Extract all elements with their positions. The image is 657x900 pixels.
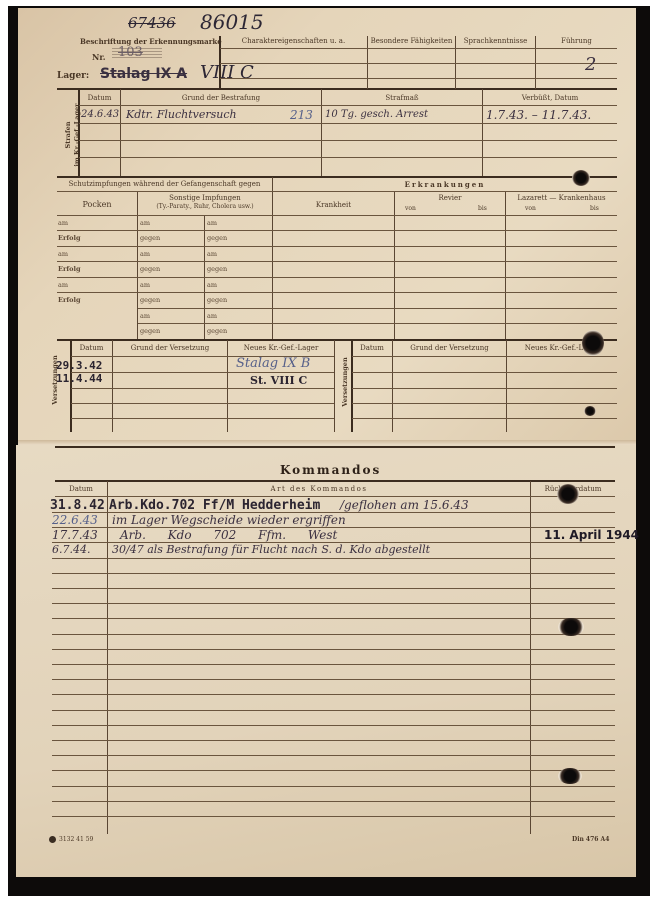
vacc-other-cell: gegen	[140, 327, 160, 335]
conduct-value: 2	[585, 54, 596, 75]
grid-line	[220, 78, 617, 79]
grid-line	[52, 588, 615, 589]
grid-line	[352, 388, 617, 389]
grid-line	[79, 140, 617, 141]
lager-value-handwritten: VIII C	[200, 62, 254, 83]
punish-row-date: 24.6.43	[81, 109, 119, 120]
grid-line	[52, 664, 615, 665]
grid-line	[79, 105, 617, 106]
grid-line	[71, 388, 334, 389]
transfer-col-camp: Neues Kr.-Gef.-Lager	[228, 344, 334, 352]
vacc-other-cell: am	[140, 219, 150, 227]
pocken-cell: Erfolg	[58, 265, 81, 273]
section-rule	[55, 480, 615, 482]
vacc-other-cell: am	[140, 250, 150, 258]
illnesses-title: Erkrankungen	[273, 180, 617, 189]
col-divider	[530, 481, 531, 834]
bullet-hole	[582, 330, 604, 356]
col-divider	[482, 89, 483, 177]
grid-line	[273, 292, 617, 293]
section-rule	[55, 446, 615, 448]
grid-line	[52, 603, 615, 604]
col-header-abilities: Besondere Fähigkeiten	[368, 37, 455, 45]
vacc-other-cell: gegen	[207, 327, 227, 335]
print-mark-icon	[49, 836, 56, 843]
transfer-row-date: 29.3.42	[56, 359, 102, 372]
grid-line	[57, 230, 273, 231]
punish-col-served: Verbüßt, Datum	[483, 94, 617, 102]
kdo-row-date: 17.7.43	[52, 528, 98, 542]
grid-line	[52, 694, 615, 695]
transfer-col-reason-2: Grund der Versetzung	[393, 344, 506, 352]
punish-col-date: Datum	[79, 94, 120, 102]
pocken-cell: am	[58, 219, 68, 227]
pocken-cell: am	[58, 281, 68, 289]
grid-line	[273, 215, 617, 216]
grid-line	[71, 418, 334, 419]
grid-line	[352, 418, 617, 419]
grid-line	[79, 123, 617, 124]
handwritten-number: 86015	[200, 10, 264, 34]
bullet-hole	[558, 768, 582, 784]
punish-col-penalty: Strafmaß	[322, 94, 482, 102]
grid-line	[79, 157, 617, 158]
vacc-other-cell: am	[140, 312, 150, 320]
grid-line	[52, 558, 615, 559]
transfer-col-date: Datum	[71, 344, 112, 352]
transfer-row-date: 11.4.44	[56, 372, 102, 385]
kdo-row-date: 22.6.43	[52, 513, 98, 527]
grid-line	[57, 191, 617, 192]
grid-line	[52, 801, 615, 802]
pocken-cell: Erfolg	[58, 296, 81, 304]
transfer-row-camp: Stalag IX B	[236, 356, 310, 371]
grid-line	[52, 740, 615, 741]
vacc-other-cell: gegen	[140, 265, 160, 273]
vacc-other-cell: am	[207, 250, 217, 258]
grid-line	[52, 786, 615, 787]
transfers-side-label-right: Versetzungen	[341, 357, 349, 407]
grid-line	[273, 308, 617, 309]
grid-line	[220, 48, 617, 49]
bullet-hole	[558, 618, 584, 636]
punish-col-reason: Grund der Bestrafung	[121, 94, 321, 102]
grid-line	[57, 246, 273, 247]
vacc-col-other-2: (Ty.-Paraty., Ruhr, Cholera usw.)	[138, 203, 272, 210]
ill-lazarett-von: von	[525, 205, 536, 212]
vacc-other-cell: gegen	[207, 234, 227, 242]
bullet-hole	[584, 406, 596, 416]
grid-line	[52, 770, 615, 771]
kdo-row-text: 30/47 als Bestrafung für Flucht nach S. …	[112, 543, 430, 556]
grid-line	[57, 292, 273, 293]
grid-line	[55, 496, 615, 497]
vacc-col-other-1: Sonstige Impfungen	[138, 194, 272, 202]
kdo-row-text: Arb.Kdo.702 Ff/M Hedderheim	[109, 498, 320, 513]
vacc-other-cell: am	[207, 312, 217, 320]
vaccinations-title: Schutzimpfungen während der Gefangenscha…	[57, 180, 272, 188]
vacc-other-cell: am	[140, 281, 150, 289]
grid-line	[57, 261, 273, 262]
punish-row-penalty: 10 Tg. gesch. Arrest	[325, 109, 428, 120]
section-rule	[57, 176, 617, 178]
lager-value-crossed: Stalag IX A	[100, 66, 187, 82]
vacc-col-pocken: Pocken	[57, 200, 137, 209]
kdo-row-text: im Lager Wegscheide wieder ergriffen	[112, 513, 346, 527]
grid-line	[71, 403, 334, 404]
grid-line	[138, 323, 273, 324]
transfer-col-date-2: Datum	[352, 344, 392, 352]
punish-row-ref: 213	[290, 108, 313, 122]
grid-line	[52, 634, 615, 635]
col-header-character: Charaktereigenschaften u. a.	[220, 37, 367, 45]
grid-line	[52, 710, 615, 711]
pocken-cell: am	[58, 250, 68, 258]
grid-line	[273, 261, 617, 262]
col-divider	[107, 481, 108, 834]
bullet-hole	[572, 170, 590, 186]
grid-line	[71, 372, 334, 373]
pocken-cell: Erfolg	[58, 234, 81, 242]
punish-row-served: 1.7.43. – 11.7.43.	[486, 108, 591, 122]
col-divider	[321, 89, 322, 177]
grid-line	[52, 816, 615, 817]
punish-left-rule	[78, 89, 80, 177]
bullet-hole	[557, 484, 579, 504]
grid-line	[52, 725, 615, 726]
grid-line	[138, 308, 273, 309]
col-divider	[334, 340, 335, 432]
grid-line	[52, 649, 615, 650]
vacc-other-cell: gegen	[140, 234, 160, 242]
grid-line	[52, 618, 615, 619]
grid-line	[52, 573, 615, 574]
grid-line	[273, 323, 617, 324]
grid-line	[352, 403, 617, 404]
ill-revier-von: von	[405, 205, 416, 212]
transfer-col-reason: Grund der Versetzung	[113, 344, 227, 352]
nr-value: 103	[118, 45, 143, 60]
col-header-languages: Sprachkenntnisse	[456, 37, 535, 45]
transfer-row-camp: St. VIII C	[250, 374, 307, 387]
grid-line	[273, 230, 617, 231]
vacc-other-cell: am	[207, 219, 217, 227]
kdo-row-date: 6.7.44.	[52, 543, 90, 556]
grid-line	[57, 215, 273, 216]
grid-line	[273, 277, 617, 278]
vacc-other-cell: gegen	[207, 296, 227, 304]
kdo-row-note: /geflohen am 15.6.43	[340, 498, 469, 512]
col-divider	[120, 89, 121, 177]
ill-lazarett-bis: bis	[590, 205, 599, 212]
ill-col-disease: Krankheit	[273, 201, 394, 209]
col-header-conduct: Führung	[536, 37, 617, 45]
kdo-col-date: Datum	[55, 485, 107, 493]
grid-line	[220, 63, 617, 64]
crossed-number: 67436	[128, 14, 176, 32]
vacc-other-cell: gegen	[207, 265, 227, 273]
ill-revier-bis: bis	[478, 205, 487, 212]
ill-col-revier: Revier	[395, 194, 505, 202]
tag-label: Beschriftung der Erkennungsmarke	[80, 37, 222, 46]
kdo-row-return: 11. April 1944	[544, 528, 639, 542]
footer-left-code: 3132 41 59	[59, 836, 93, 843]
kdo-col-type: Art des Kommandos	[108, 485, 530, 493]
kdo-row-text: Arb. Kdo 702 Ffm. West	[120, 528, 337, 542]
grid-line	[52, 755, 615, 756]
header-bottom-rule	[57, 88, 617, 90]
grid-line	[352, 372, 617, 373]
vacc-other-cell: gegen	[140, 296, 160, 304]
kommandos-title: Kommandos	[280, 463, 381, 477]
nr-label: Nr.	[92, 52, 106, 62]
grid-line	[52, 679, 615, 680]
kdo-row-date: 31.8.42	[50, 498, 105, 513]
grid-line	[57, 277, 273, 278]
grid-line	[273, 246, 617, 247]
ill-col-lazarett: Lazarett — Krankenhaus	[506, 194, 617, 202]
footer-right-code: Din 476 A4	[572, 836, 609, 843]
lager-label: Lager:	[57, 71, 89, 81]
vacc-other-cell: am	[207, 281, 217, 289]
punish-row-reason: Kdtr. Fluchtversuch	[126, 108, 237, 121]
grid-line	[352, 356, 617, 357]
section-rule	[57, 339, 617, 341]
